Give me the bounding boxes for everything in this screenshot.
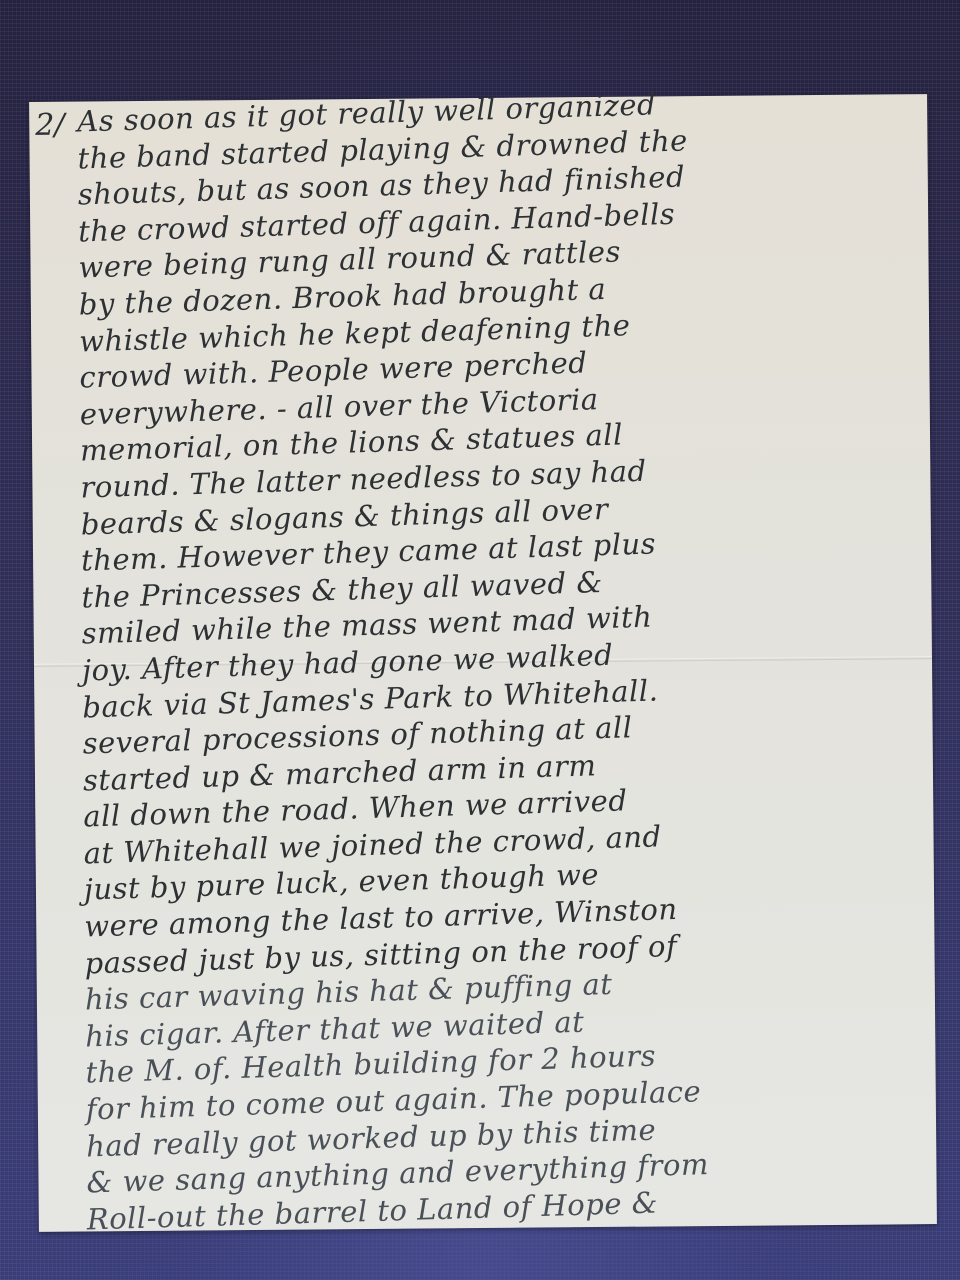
page-number: 2/ xyxy=(35,108,65,143)
letter-page: 2/ As soon as it got really well organiz… xyxy=(29,94,937,1232)
letter-body: As soon as it got really well organized … xyxy=(77,96,925,1238)
